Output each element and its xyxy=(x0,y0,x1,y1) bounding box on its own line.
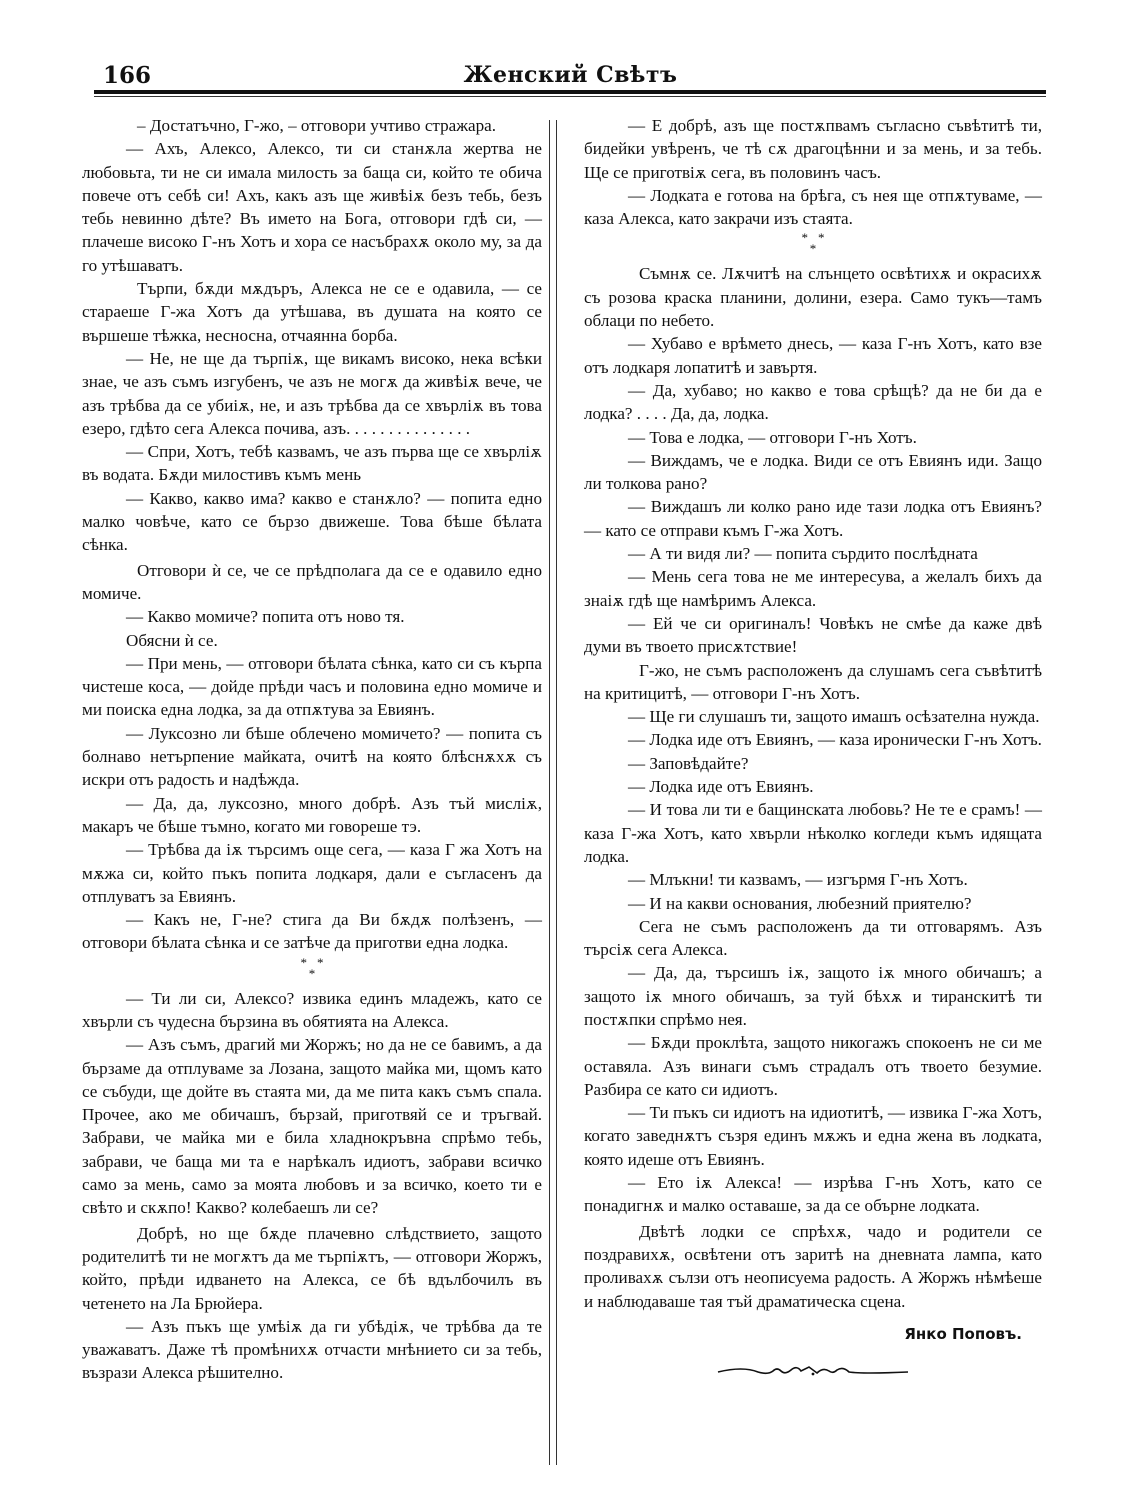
paragraph: Съмнѫ се. Лѫчитѣ на слънцето освѣтихѫ и … xyxy=(584,262,1042,332)
paragraph: Двѣтѣ лодки се спрѣхѫ, чадо и родители с… xyxy=(584,1220,1042,1313)
paragraph: Отговори ѝ се, че се прѣдполага да се е … xyxy=(82,559,542,606)
paragraph: – Достатъчно, Г-жо, – отговори учтиво ст… xyxy=(82,114,542,137)
paragraph: — Млъкни! ти казвамъ, — изгърмя Г-нъ Хот… xyxy=(584,868,1042,891)
paragraph: — Какъ не, Г-не? стига да Ви бѫдѫ полѣзе… xyxy=(82,908,542,955)
paragraph: — Е добрѣ, азъ ще постѫпвамъ съгласно съ… xyxy=(584,114,1042,184)
paragraph: — Ето іѫ Алекса! — изрѣва Г-нъ Хотъ, кат… xyxy=(584,1171,1042,1218)
paragraph: — Лодката е готова на брѣга, съ нея ще о… xyxy=(584,184,1042,231)
paragraph: — Спри, Хотъ, тебѣ казвамъ, че азъ първа… xyxy=(82,440,542,487)
paragraph: — Азъ пъкъ ще умѣіѫ да ги убѣдіѫ, че трѣ… xyxy=(82,1315,542,1385)
paragraph: — Ахъ, Алексо, Алексо, ти си станѫла жер… xyxy=(82,137,542,277)
author-signature: Янко Поповъ. xyxy=(584,1323,1042,1346)
right-column: — Е добрѣ, азъ ще постѫпвамъ съгласно съ… xyxy=(584,114,1042,1386)
paragraph: — Ще ги слушашъ ти, защото имашъ осѣзате… xyxy=(584,705,1042,728)
paragraph: — Не, не ще да търпіѫ, ще викамъ високо,… xyxy=(82,347,542,440)
paragraph: — И на какви основания, любезний приятел… xyxy=(584,892,1042,915)
paragraph: Добрѣ, но ще бѫде плачевно слѣдствието, … xyxy=(82,1222,542,1315)
paragraph: — Бѫди проклѣта, защото никогажъ спокоен… xyxy=(584,1031,1042,1101)
paragraph: — Лодка иде отъ Евиянъ, — каза ироническ… xyxy=(584,728,1042,751)
paragraph: Г-жо, не съмъ расположенъ да слушамъ сег… xyxy=(584,659,1042,706)
paragraph: — Това е лодка, — отговори Г-нъ Хотъ. xyxy=(584,426,1042,449)
paragraph: — И това ли ти е бащинската любовь? Не т… xyxy=(584,798,1042,868)
paragraph: — Ти пъкъ си идиотъ на идиотитѣ, — извик… xyxy=(584,1101,1042,1171)
paragraph: — Ти ли си, Алексо? извика единъ младежъ… xyxy=(82,987,542,1034)
paragraph: — Хубаво е врѣмето днесь, — каза Г-нъ Хо… xyxy=(584,332,1042,379)
paragraph: — Ей че си оригиналъ! Човѣкъ не смѣе да … xyxy=(584,612,1042,659)
paragraph: Обясни ѝ се. xyxy=(82,629,542,652)
paragraph: — При мень, — отговори бѣлата сѣнка, кат… xyxy=(82,652,542,722)
ornament-flourish-icon xyxy=(584,1362,1042,1386)
header-rule-thick xyxy=(94,90,1046,94)
paragraph: — Азъ съмъ, драгий ми Жоржъ; но да не се… xyxy=(82,1033,542,1219)
paragraph: — Да, да, търсишъ іѫ, защото іѫ много об… xyxy=(584,961,1042,1031)
page-header: 166 Женский Свѣтъ xyxy=(103,62,1038,92)
paragraph: — Виждашъ ли колко рано иде тази лодка о… xyxy=(584,495,1042,542)
paragraph: — Луксозно ли бѣше облечено момичето? — … xyxy=(82,722,542,792)
paragraph: Търпи, бѫди мѫдъръ, Алекса не се е одави… xyxy=(82,277,542,347)
paragraph: — Какво момиче? попита отъ ново тя. xyxy=(82,605,542,628)
paragraph: — Трѣбва да іѫ търсимъ още сега, — каза … xyxy=(82,838,542,908)
column-divider xyxy=(549,120,557,1465)
header-rule-thin xyxy=(94,96,1046,97)
section-break: *** xyxy=(82,957,542,981)
paragraph: — А ти видя ли? — попита сърдито послѣдн… xyxy=(584,542,1042,565)
journal-title: Женский Свѣтъ xyxy=(103,62,1038,88)
paragraph: — Виждамъ, че е лодка. Види се отъ Евиян… xyxy=(584,449,1042,496)
header-rule xyxy=(94,90,1046,99)
paragraph: — Мень сега това не ме интересува, а жел… xyxy=(584,565,1042,612)
paragraph: — Какво, какво има? какво е станѫло? — п… xyxy=(82,487,542,557)
left-column: – Достатъчно, Г-жо, – отговори учтиво ст… xyxy=(82,114,542,1385)
paragraph: — Лодка иде отъ Евиянъ. xyxy=(584,775,1042,798)
paragraph: — Да, хубаво; но какво е това срѣщѣ? да … xyxy=(584,379,1042,426)
paragraph: Сега не съмъ расположенъ да ти отговарям… xyxy=(584,915,1042,962)
paragraph: — Да, да, луксозно, много добрѣ. Азъ тъй… xyxy=(82,792,542,839)
paragraph: — Заповѣдайте? xyxy=(584,752,1042,775)
section-break: *** xyxy=(584,232,1042,256)
